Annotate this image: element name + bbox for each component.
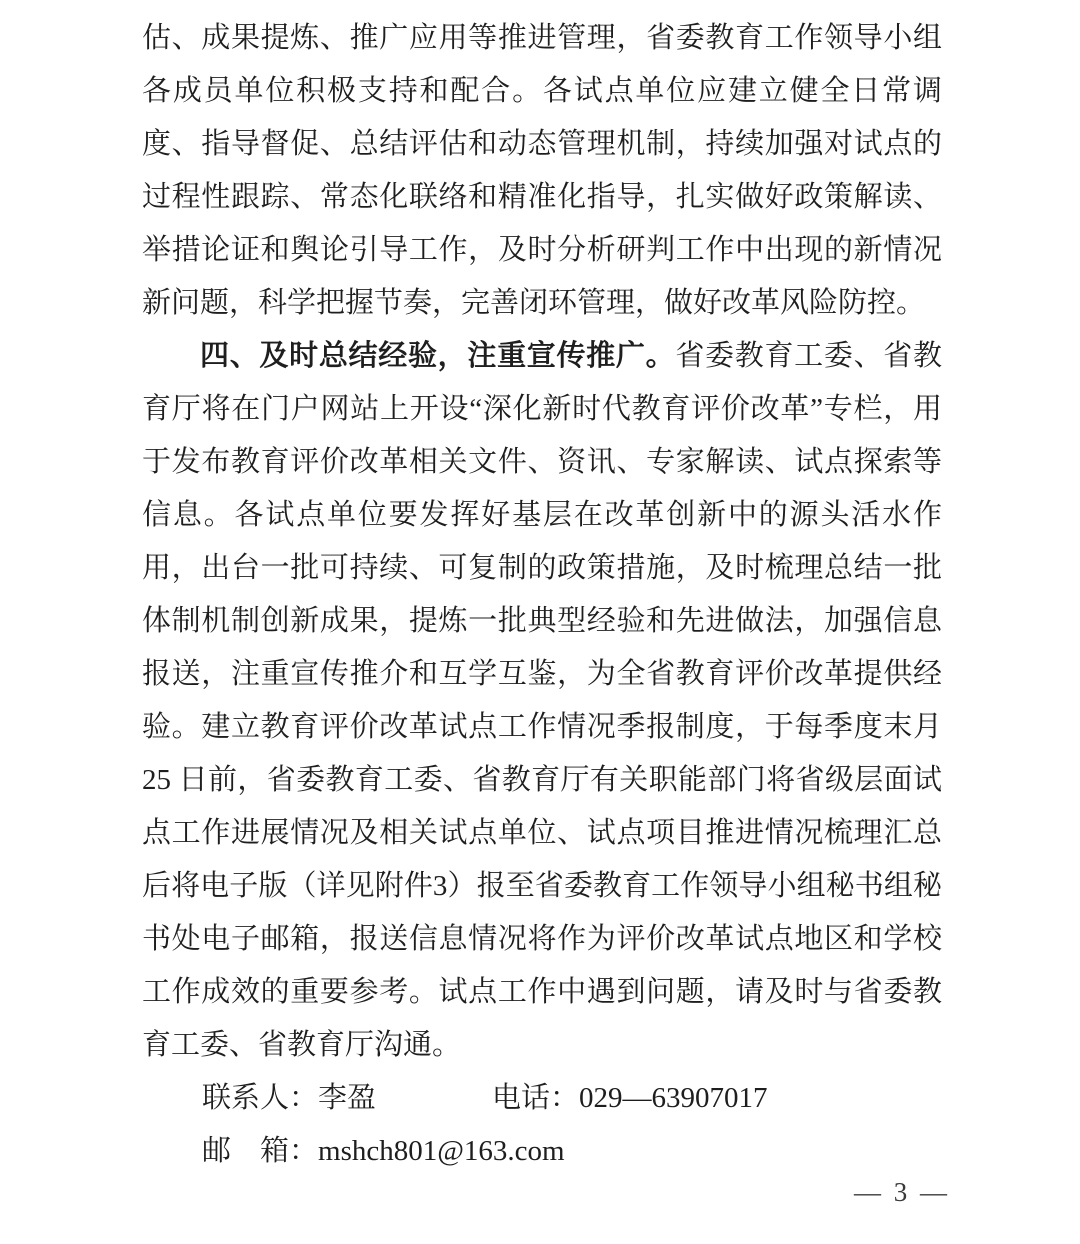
contact-person-label: 联系人： [202, 1082, 318, 1114]
section4-heading: 四、及时总结经验，注重宣传推广。 [200, 340, 675, 372]
contact-phone-label: 电话： [492, 1082, 579, 1114]
contact-person-name: 李盈 [318, 1082, 376, 1114]
paragraph-section4: 四、及时总结经验，注重宣传推广。省委教育工委、省教育厅将在门户网站上开设“深化新… [142, 330, 942, 1072]
contact-person-phone-line: 联系人：李盈电话：029—63907017 [142, 1072, 942, 1125]
paragraph-continuation: 估、成果提炼、推广应用等推进管理，省委教育工作领导小组各成员单位积极支持和配合。… [142, 12, 942, 330]
document-page: 估、成果提炼、推广应用等推进管理，省委教育工作领导小组各成员单位积极支持和配合。… [0, 0, 1080, 1244]
contact-email-line: 邮 箱：mshch801@163.com [142, 1125, 942, 1178]
contact-person: 联系人：李盈 [202, 1072, 492, 1125]
contact-email-label: 邮 箱： [202, 1135, 318, 1167]
contact-phone-number: 029—63907017 [579, 1082, 768, 1114]
contact-email-value: mshch801@163.com [318, 1135, 565, 1167]
page-number-text: — 3 — [854, 1177, 950, 1207]
section4-body-text: 省委教育工委、省教育厅将在门户网站上开设“深化新时代教育评价改革”专栏，用于发布… [142, 340, 942, 1061]
page-number: — 3 — [854, 1176, 950, 1208]
contact-phone: 电话：029—63907017 [492, 1082, 768, 1114]
document-body: 估、成果提炼、推广应用等推进管理，省委教育工作领导小组各成员单位积极支持和配合。… [142, 12, 942, 1178]
